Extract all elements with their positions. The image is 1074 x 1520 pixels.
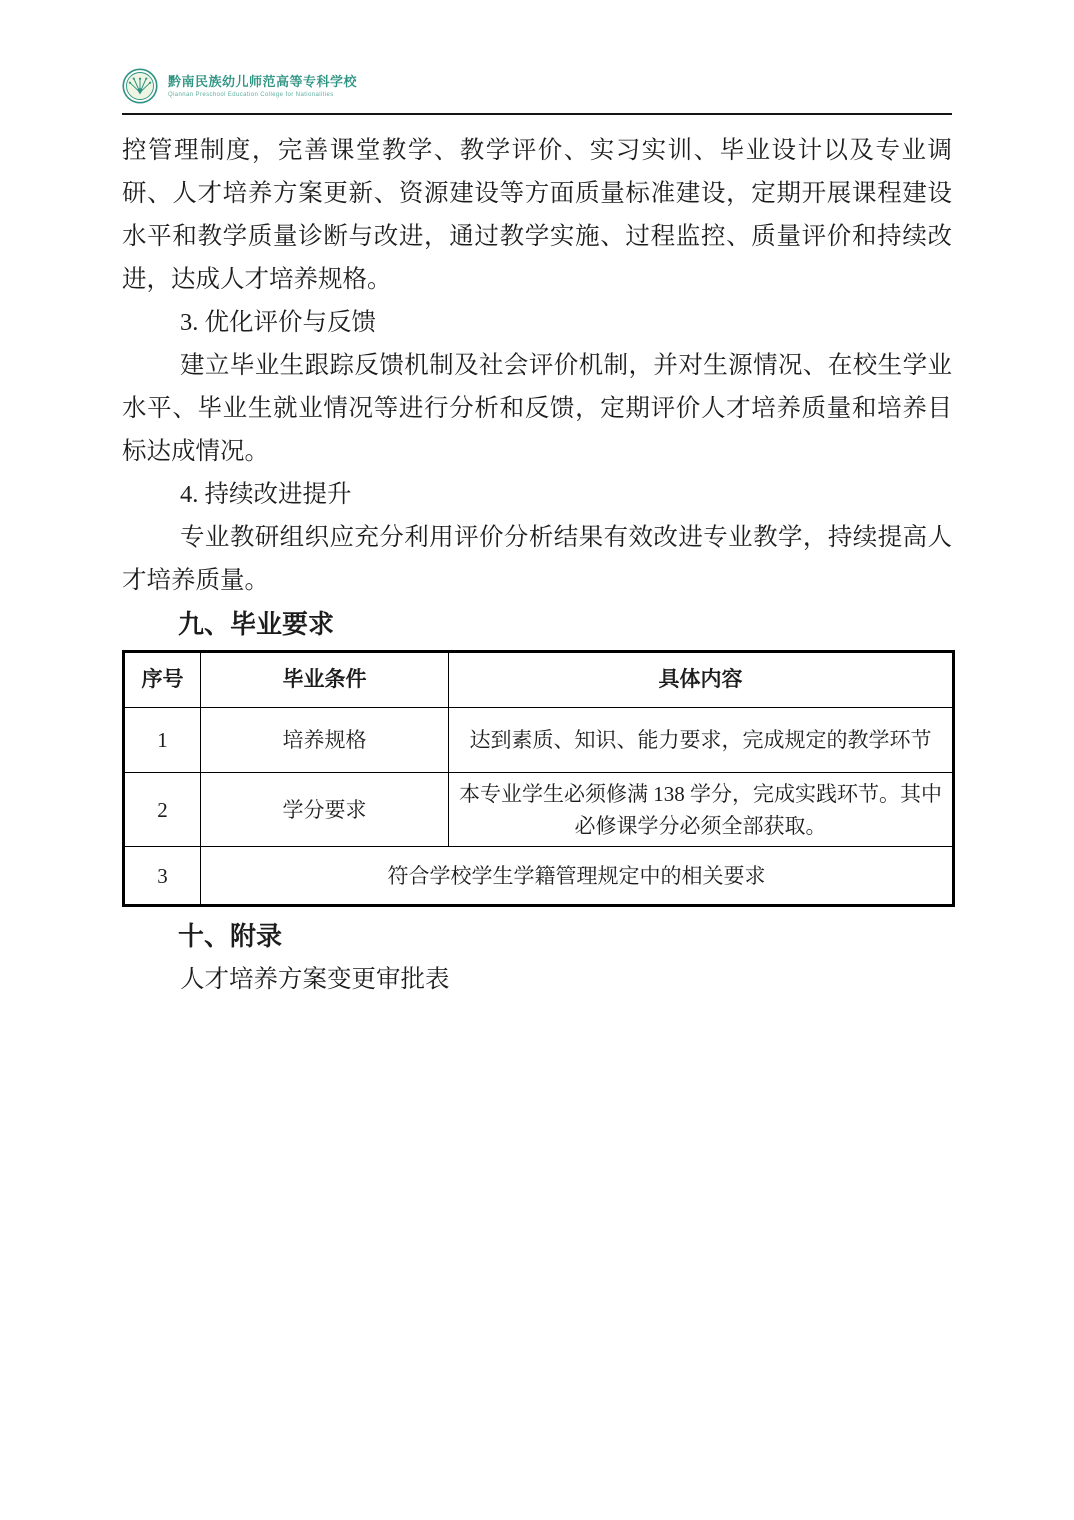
document-page: 黔南民族幼儿师范高等专科学校 Qiannan Preschool Educati… xyxy=(0,0,1074,1520)
row3-detail-merged: 符合学校学生学籍管理规定中的相关要求 xyxy=(201,847,954,906)
graduation-requirements-table: 序号 毕业条件 具体内容 1 培养规格 达到素质、知识、能力要求，完成规定的教学… xyxy=(122,650,955,907)
row1-detail: 达到素质、知识、能力要求，完成规定的教学环节 xyxy=(449,708,954,773)
row3-number: 3 xyxy=(124,847,201,906)
table-row: 2 学分要求 本专业学生必须修满 138 学分，完成实践环节。其中必修课学分必须… xyxy=(124,773,954,847)
col-header-number: 序号 xyxy=(124,652,201,708)
paragraph-item4: 专业教研组织应充分利用评价分析结果有效改进专业教学，持续提高人才培养质量。 xyxy=(122,516,952,602)
heading-item4: 4. 持续改进提升 xyxy=(122,473,952,516)
table-row: 3 符合学校学生学籍管理规定中的相关要求 xyxy=(124,847,954,906)
table-row: 1 培养规格 达到素质、知识、能力要求，完成规定的教学环节 xyxy=(124,708,954,773)
row2-detail: 本专业学生必须修满 138 学分，完成实践环节。其中必修课学分必须全部获取。 xyxy=(449,773,954,847)
paragraph-quality-control: 控管理制度，完善课堂教学、教学评价、实习实训、毕业设计以及专业调研、人才培养方案… xyxy=(122,129,952,301)
heading-section9-graduation-requirements: 九、毕业要求 xyxy=(122,602,952,646)
school-name-en: Qiannan Preschool Education College for … xyxy=(168,91,357,99)
col-header-detail: 具体内容 xyxy=(449,652,954,708)
paragraph-item3: 建立毕业生跟踪反馈机制及社会评价机制，并对生源情况、在校生学业水平、毕业生就业情… xyxy=(122,344,952,473)
school-emblem-icon xyxy=(122,68,158,104)
row1-condition: 培养规格 xyxy=(201,708,449,773)
row1-number: 1 xyxy=(124,708,201,773)
table-header-row: 序号 毕业条件 具体内容 xyxy=(124,652,954,708)
school-brand: 黔南民族幼儿师范高等专科学校 Qiannan Preschool Educati… xyxy=(168,74,357,99)
page-content: 黔南民族幼儿师范高等专科学校 Qiannan Preschool Educati… xyxy=(122,0,952,1002)
page-header: 黔南民族幼儿师范高等专科学校 Qiannan Preschool Educati… xyxy=(122,0,952,106)
school-name-zh: 黔南民族幼儿师范高等专科学校 xyxy=(168,74,357,89)
row2-condition: 学分要求 xyxy=(201,773,449,847)
heading-section10-appendix: 十、附录 xyxy=(122,914,952,958)
row2-number: 2 xyxy=(124,773,201,847)
heading-item3: 3. 优化评价与反馈 xyxy=(122,301,952,344)
col-header-condition: 毕业条件 xyxy=(201,652,449,708)
document-body: 控管理制度，完善课堂教学、教学评价、实习实训、毕业设计以及专业调研、人才培养方案… xyxy=(122,115,952,1002)
paragraph-appendix: 人才培养方案变更审批表 xyxy=(122,958,952,1002)
